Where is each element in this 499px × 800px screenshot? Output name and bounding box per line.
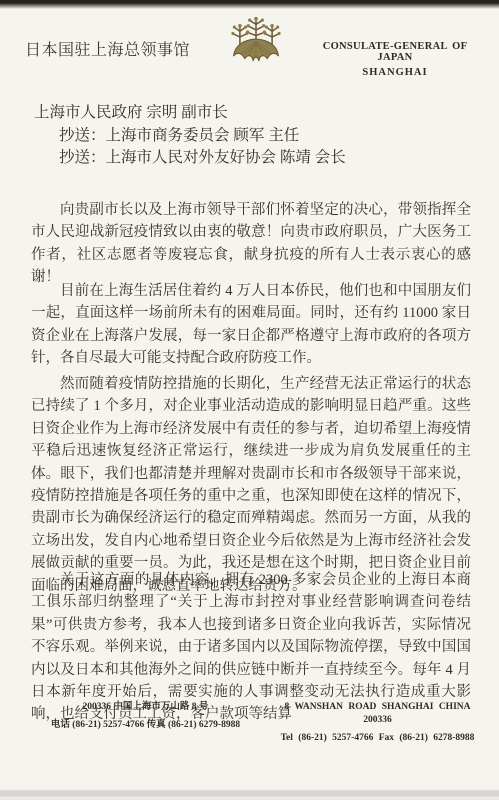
letter-paragraph-3: 然而随着疫情防控措施的长期化，生产经营无法正常运行的状态已持续了 1 个多月，对… xyxy=(31,373,471,597)
footer-address-cn-block: 200336 中国上海市万山路 8 号 电话 (86-21) 5257-4766… xyxy=(28,701,263,732)
paulownia-crest-icon xyxy=(221,12,291,80)
photo-bottom-edge xyxy=(0,789,499,800)
letter-paragraph-2: 目前在上海生活居住着约 4 万人日本侨民，他们也和中国朋友们一起，直面这样一场前… xyxy=(31,280,471,370)
recipient-cc-2: 抄送：上海市人民对外友好协会 陈靖 会长 xyxy=(34,147,346,170)
footer-address-cn: 200336 中国上海市万山路 8 号 xyxy=(28,701,263,714)
footer-contact-en: Tel (86-21) 5257-4766 Fax (86-21) 6278-8… xyxy=(270,732,485,745)
recipient-cc-1: 抄送：上海市商务委员会 顾军 主任 xyxy=(34,125,346,148)
consulate-title-en-line1: CONSULATE-GENERAL OF JAPAN xyxy=(303,41,487,63)
letter-page: 日本国驻上海总领事馆 xyxy=(0,0,499,800)
recipient-block: 上海市人民政府 宗明 副市长 抄送：上海市商务委员会 顾军 主任 抄送：上海市人… xyxy=(34,102,346,170)
consulate-title-en-line2: SHANGHAI xyxy=(303,67,487,78)
consulate-title-en: CONSULATE-GENERAL OF JAPAN SHANGHAI xyxy=(303,41,487,78)
footer-contact-cn: 电话 (86-21) 5257-4766 传真 (86-21) 6279-898… xyxy=(28,719,263,732)
letter-paragraph-1: 向贵副市长以及上海市领导干部们怀着坚定的决心，带领指挥全市人民迎战新冠疫情致以由… xyxy=(31,199,471,289)
recipient-primary: 上海市人民政府 宗明 副市长 xyxy=(34,102,346,125)
footer-address-en-block: 8 WANSHAN ROAD SHANGHAI CHINA 200336 Tel… xyxy=(270,701,485,745)
photo-top-edge xyxy=(0,0,499,9)
consulate-title-cn: 日本国驻上海总领事馆 xyxy=(25,37,190,60)
footer-address-en: 8 WANSHAN ROAD SHANGHAI CHINA 200336 xyxy=(270,701,485,727)
